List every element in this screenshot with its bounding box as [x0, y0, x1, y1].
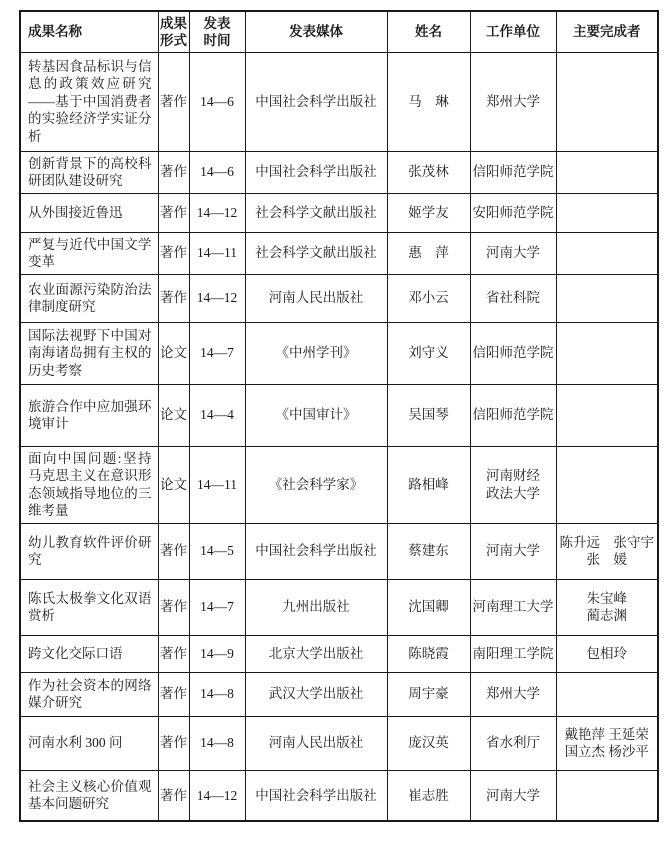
publish-date-cell: 14—11	[189, 446, 245, 523]
publish-media-cell: 河南人民出版社	[245, 274, 387, 322]
publish-date-cell: 14—7	[189, 322, 245, 384]
person-name-cell: 周宇豪	[387, 672, 470, 716]
publish-date-cell: 14—6	[189, 52, 245, 151]
publish-media-cell: 社会科学文献出版社	[245, 232, 387, 274]
header-main-contributors: 主要完成者	[556, 11, 658, 52]
publish-date-cell: 14—12	[189, 193, 245, 232]
achievement-name-cell: 严复与近代中国文学变革	[20, 232, 158, 274]
person-name-cell: 陈晓霞	[387, 635, 470, 672]
publish-date-cell: 14—6	[189, 151, 245, 193]
work-unit-cell: 河南大学	[470, 232, 556, 274]
achievement-form-cell: 著作	[158, 716, 189, 770]
publish-media-cell: 河南人民出版社	[245, 716, 387, 770]
scanned-document-page: 成果名称 成果 形式 发表 时间 发表媒体 姓名 工作单位 主要完成者 转基因食…	[0, 0, 665, 859]
contributors-cell	[556, 770, 658, 821]
publish-date-cell: 14—12	[189, 770, 245, 821]
publish-date-cell: 14—8	[189, 716, 245, 770]
table-body: 转基因食品标识与信息的政策效应研究——基于中国消费者的实验经济学实证分析著作14…	[20, 52, 658, 821]
publish-media-cell: 武汉大学出版社	[245, 672, 387, 716]
table-row: 陈氏太极拳文化双语赏析著作14—7九州出版社沈国卿河南理工大学朱宝峰 蔺志渊	[20, 579, 658, 635]
achievement-form-cell: 著作	[158, 635, 189, 672]
person-name-cell: 吴国琴	[387, 384, 470, 446]
table-row: 创新背景下的高校科研团队建设研究著作14—6中国社会科学出版社张茂林信阳师范学院	[20, 151, 658, 193]
achievement-name-cell: 从外围接近鲁迅	[20, 193, 158, 232]
work-unit-cell: 信阳师范学院	[470, 322, 556, 384]
achievement-name-cell: 跨文化交际口语	[20, 635, 158, 672]
contributors-cell	[556, 193, 658, 232]
publish-media-cell: 九州出版社	[245, 579, 387, 635]
contributors-cell	[556, 322, 658, 384]
publish-date-cell: 14—12	[189, 274, 245, 322]
publish-media-cell: 北京大学出版社	[245, 635, 387, 672]
contributors-cell: 包相玲	[556, 635, 658, 672]
publish-date-cell: 14—8	[189, 672, 245, 716]
header-achievement-name: 成果名称	[20, 11, 158, 52]
person-name-cell: 蔡建东	[387, 523, 470, 579]
table-row: 社会主义核心价值观基本问题研究著作14—12中国社会科学出版社崔志胜河南大学	[20, 770, 658, 821]
table-row: 国际法视野下中国对南海诸岛拥有主权的历史考察论文14—7《中州学刊》刘守义信阳师…	[20, 322, 658, 384]
achievement-form-cell: 著作	[158, 770, 189, 821]
contributors-cell	[556, 151, 658, 193]
table-row: 河南水利 300 问著作14—8河南人民出版社庞汉英省水利厅戴艳萍 王延荣 国立…	[20, 716, 658, 770]
publish-date-cell: 14—9	[189, 635, 245, 672]
person-name-cell: 崔志胜	[387, 770, 470, 821]
table-header-row: 成果名称 成果 形式 发表 时间 发表媒体 姓名 工作单位 主要完成者	[20, 11, 658, 52]
person-name-cell: 刘守义	[387, 322, 470, 384]
person-name-cell: 惠 萍	[387, 232, 470, 274]
contributors-cell: 戴艳萍 王延荣 国立杰 杨沙平	[556, 716, 658, 770]
publish-media-cell: 中国社会科学出版社	[245, 52, 387, 151]
contributors-cell	[556, 384, 658, 446]
contributors-cell: 陈升远 张守宇 张 媛	[556, 523, 658, 579]
work-unit-cell: 南阳理工学院	[470, 635, 556, 672]
achievement-form-cell: 著作	[158, 151, 189, 193]
publish-media-cell: 社会科学文献出版社	[245, 193, 387, 232]
person-name-cell: 马 琳	[387, 52, 470, 151]
contributors-cell: 朱宝峰 蔺志渊	[556, 579, 658, 635]
table-row: 旅游合作中应加强环境审计论文14—4《中国审计》吴国琴信阳师范学院	[20, 384, 658, 446]
achievement-name-cell: 河南水利 300 问	[20, 716, 158, 770]
header-person-name: 姓名	[387, 11, 470, 52]
publish-media-cell: 中国社会科学出版社	[245, 523, 387, 579]
achievement-form-cell: 著作	[158, 52, 189, 151]
publish-media-cell: 《中州学刊》	[245, 322, 387, 384]
achievement-name-cell: 面向中国问题:坚持马克思主义在意识形态领域指导地位的三维考量	[20, 446, 158, 523]
publish-date-cell: 14—11	[189, 232, 245, 274]
achievements-table: 成果名称 成果 形式 发表 时间 发表媒体 姓名 工作单位 主要完成者 转基因食…	[19, 10, 659, 822]
achievement-name-cell: 旅游合作中应加强环境审计	[20, 384, 158, 446]
work-unit-cell: 安阳师范学院	[470, 193, 556, 232]
header-work-unit: 工作单位	[470, 11, 556, 52]
table-row: 农业面源污染防治法律制度研究著作14—12河南人民出版社邓小云省社科院	[20, 274, 658, 322]
achievement-form-cell: 论文	[158, 446, 189, 523]
header-achievement-form: 成果 形式	[158, 11, 189, 52]
person-name-cell: 庞汉英	[387, 716, 470, 770]
publish-media-cell: 《中国审计》	[245, 384, 387, 446]
achievement-name-cell: 社会主义核心价值观基本问题研究	[20, 770, 158, 821]
contributors-cell	[556, 52, 658, 151]
achievement-name-cell: 陈氏太极拳文化双语赏析	[20, 579, 158, 635]
achievement-name-cell: 转基因食品标识与信息的政策效应研究——基于中国消费者的实验经济学实证分析	[20, 52, 158, 151]
table-row: 面向中国问题:坚持马克思主义在意识形态领域指导地位的三维考量论文14—11《社会…	[20, 446, 658, 523]
work-unit-cell: 省社科院	[470, 274, 556, 322]
achievement-form-cell: 论文	[158, 384, 189, 446]
table-row: 从外围接近鲁迅著作14—12社会科学文献出版社姬学友安阳师范学院	[20, 193, 658, 232]
publish-date-cell: 14—7	[189, 579, 245, 635]
work-unit-cell: 信阳师范学院	[470, 384, 556, 446]
contributors-cell	[556, 232, 658, 274]
achievement-name-cell: 农业面源污染防治法律制度研究	[20, 274, 158, 322]
work-unit-cell: 河南大学	[470, 523, 556, 579]
person-name-cell: 姬学友	[387, 193, 470, 232]
achievement-form-cell: 著作	[158, 672, 189, 716]
achievement-form-cell: 著作	[158, 579, 189, 635]
work-unit-cell: 郑州大学	[470, 672, 556, 716]
publish-date-cell: 14—4	[189, 384, 245, 446]
work-unit-cell: 郑州大学	[470, 52, 556, 151]
work-unit-cell: 省水利厅	[470, 716, 556, 770]
contributors-cell	[556, 446, 658, 523]
publish-media-cell: 中国社会科学出版社	[245, 151, 387, 193]
achievement-name-cell: 作为社会资本的网络媒介研究	[20, 672, 158, 716]
person-name-cell: 张茂林	[387, 151, 470, 193]
contributors-cell	[556, 672, 658, 716]
achievement-name-cell: 创新背景下的高校科研团队建设研究	[20, 151, 158, 193]
table-row: 严复与近代中国文学变革著作14—11社会科学文献出版社惠 萍河南大学	[20, 232, 658, 274]
person-name-cell: 沈国卿	[387, 579, 470, 635]
person-name-cell: 邓小云	[387, 274, 470, 322]
header-publish-media: 发表媒体	[245, 11, 387, 52]
work-unit-cell: 信阳师范学院	[470, 151, 556, 193]
achievement-form-cell: 著作	[158, 274, 189, 322]
publish-media-cell: 中国社会科学出版社	[245, 770, 387, 821]
person-name-cell: 路相峰	[387, 446, 470, 523]
table-row: 幼儿教育软件评价研究著作14—5中国社会科学出版社蔡建东河南大学陈升远 张守宇 …	[20, 523, 658, 579]
work-unit-cell: 河南大学	[470, 770, 556, 821]
achievement-form-cell: 著作	[158, 232, 189, 274]
table-row: 跨文化交际口语著作14—9北京大学出版社陈晓霞南阳理工学院包相玲	[20, 635, 658, 672]
achievement-form-cell: 论文	[158, 322, 189, 384]
header-publish-date: 发表 时间	[189, 11, 245, 52]
contributors-cell	[556, 274, 658, 322]
work-unit-cell: 河南理工大学	[470, 579, 556, 635]
publish-media-cell: 《社会科学家》	[245, 446, 387, 523]
work-unit-cell: 河南财经 政法大学	[470, 446, 556, 523]
achievement-form-cell: 著作	[158, 193, 189, 232]
achievement-name-cell: 国际法视野下中国对南海诸岛拥有主权的历史考察	[20, 322, 158, 384]
table-row: 作为社会资本的网络媒介研究著作14—8武汉大学出版社周宇豪郑州大学	[20, 672, 658, 716]
table-row: 转基因食品标识与信息的政策效应研究——基于中国消费者的实验经济学实证分析著作14…	[20, 52, 658, 151]
achievement-name-cell: 幼儿教育软件评价研究	[20, 523, 158, 579]
achievement-form-cell: 著作	[158, 523, 189, 579]
publish-date-cell: 14—5	[189, 523, 245, 579]
